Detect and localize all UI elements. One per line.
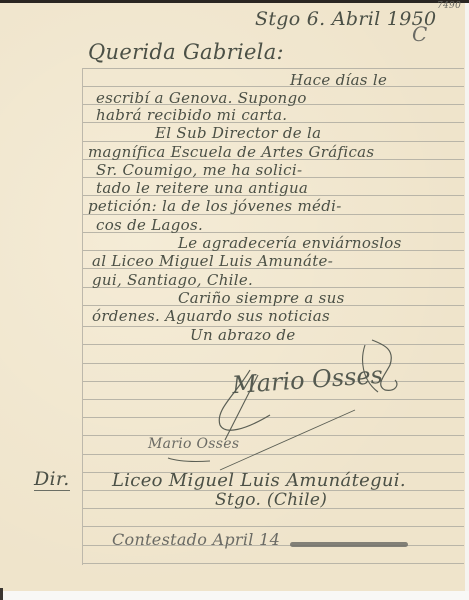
printed-name: Mario Osses — [148, 436, 239, 452]
reply-annotation: Contestado April 14 — [112, 530, 280, 549]
signature-flourish-icon — [0, 0, 469, 600]
margin-label-dir: Dir. — [34, 468, 70, 491]
address-line: Liceo Miguel Luis Amunátegui. — [112, 470, 406, 491]
address-line: Stgo. (Chile) — [215, 490, 327, 510]
struck-out-text — [290, 542, 408, 547]
